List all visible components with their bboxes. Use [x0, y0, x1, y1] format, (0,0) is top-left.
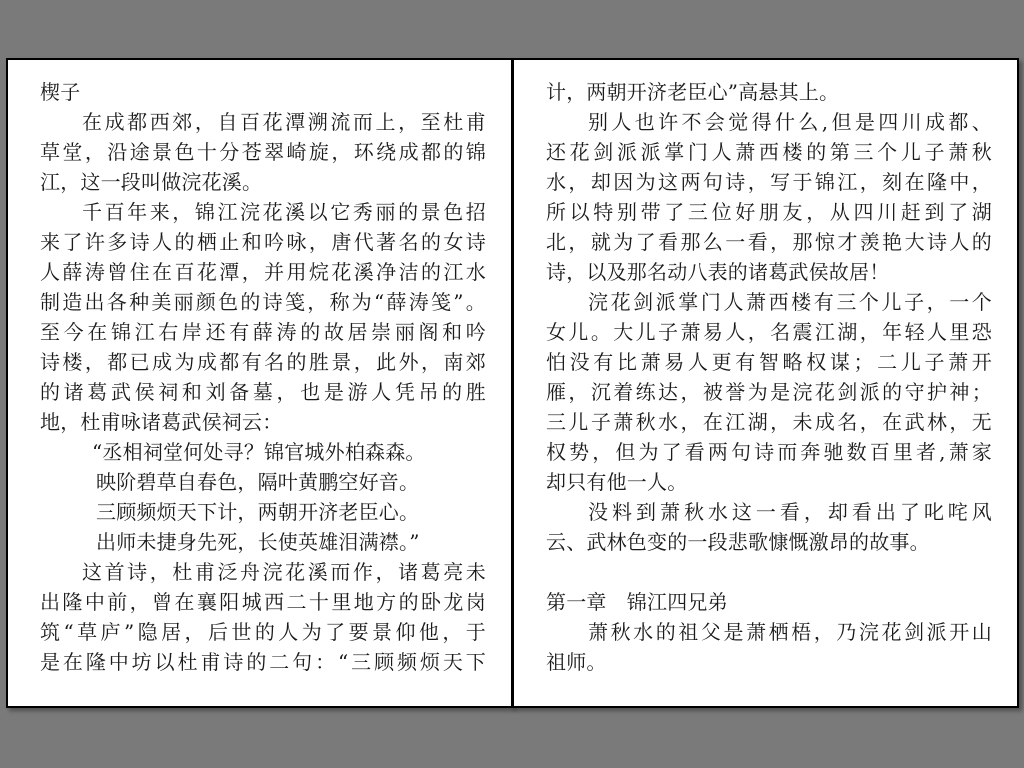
text-line: 计，两朝开济老臣心”高悬其上。: [546, 77, 992, 107]
text-line: 江，这一段叫做浣花溪。: [40, 167, 486, 197]
text-line: 北，就为了看那么一看，那惊才羡艳大诗人的: [546, 227, 992, 257]
text-line: 出隆中前，曾在襄阳城西二十里地方的卧龙岗: [40, 587, 486, 617]
text-line: 别人也许不会觉得什么,但是四川成都、: [546, 107, 992, 137]
text-line: 楔子: [40, 77, 486, 107]
poem-line: 出师未捷身先死，长使英雄泪满襟。”: [40, 527, 486, 557]
text-line: 千百年来，锦江浣花溪以它秀丽的景色招: [40, 197, 486, 227]
text-line: 萧秋水的祖父是萧栖梧，乃浣花剑派开山: [546, 617, 992, 647]
text-line: 这首诗，杜甫泛舟浣花溪而作，诸葛亮未: [40, 557, 486, 587]
left-page: 楔子 在成都西郊，自百花潭溯流而上，至杜甫 草堂，沿途景色十分苍翠崎旋，环绕成都…: [6, 58, 513, 708]
poem-line: “丞相祠堂何处寻？锦官城外柏森森。: [40, 437, 486, 467]
text-line: 至今在锦江右岸还有薛涛的故居崇丽阁和吟: [40, 317, 486, 347]
text-line: 却只有他一人。: [546, 467, 992, 497]
text-line: 诗楼，都已成为成都有名的胜景，此外，南郊: [40, 347, 486, 377]
right-page-text: 计，两朝开济老臣心”高悬其上。 别人也许不会觉得什么,但是四川成都、 还花剑派派…: [546, 77, 992, 677]
text-line: 没料到萧秋水这一看，却看出了叱咤风: [546, 497, 992, 527]
text-line: 祖师。: [546, 647, 992, 677]
right-page: 计，两朝开济老臣心”高悬其上。 别人也许不会觉得什么,但是四川成都、 还花剑派派…: [511, 58, 1019, 708]
text-line: 三儿子萧秋水，在江湖，未成名，在武林，无: [546, 407, 992, 437]
left-page-text: 楔子 在成都西郊，自百花潭溯流而上，至杜甫 草堂，沿途景色十分苍翠崎旋，环绕成都…: [40, 77, 486, 677]
text-line: 在成都西郊，自百花潭溯流而上，至杜甫: [40, 107, 486, 137]
chapter-heading: 第一章 锦江四兄弟: [546, 587, 992, 617]
text-line: 人薛涛曾住在百花潭，并用烷花溪净洁的江水: [40, 257, 486, 287]
text-line: 的诸葛武侯祠和刘备墓，也是游人凭吊的胜: [40, 377, 486, 407]
text-line: 所以特别带了三位好朋友，从四川赶到了湖: [546, 197, 992, 227]
text-line: 云、武林色变的一段悲歌慷慨激昂的故事。: [546, 527, 992, 557]
text-line: 诗，以及那名动八表的诸葛武侯故居！: [546, 257, 992, 287]
text-line: 是在隆中坊以杜甫诗的二句：“三顾频烦天下: [40, 647, 486, 677]
text-line: 水，却因为这两句诗，写于锦江，刻在隆中，: [546, 167, 992, 197]
text-line: 权势，但为了看两句诗而奔驰数百里者,萧家: [546, 437, 992, 467]
text-line: 来了许多诗人的栖止和吟咏，唐代著名的女诗: [40, 227, 486, 257]
text-line: 制造出各种美丽颜色的诗笺，称为“薛涛笺”。: [40, 287, 486, 317]
text-line: 雁，沉着练达，被誉为是浣花剑派的守护神；: [546, 377, 992, 407]
poem-line: 三顾频烦天下计，两朝开济老臣心。: [40, 497, 486, 527]
poem-line: 映阶碧草自春色，隔叶黄鹏空好音。: [40, 467, 486, 497]
text-line: 还花剑派派掌门人萧西楼的第三个儿子萧秋: [546, 137, 992, 167]
text-line: 女儿。大儿子萧易人，名震江湖，年轻人里恐: [546, 317, 992, 347]
blank-line: [546, 557, 992, 587]
text-line: 怕没有比萧易人更有智略权谋；二儿子萧开: [546, 347, 992, 377]
text-line: 筑“草庐”隐居，后世的人为了要景仰他，于: [40, 617, 486, 647]
text-line: 地，杜甫咏诸葛武侯祠云：: [40, 407, 486, 437]
text-line: 浣花剑派掌门人萧西楼有三个儿子，一个: [546, 287, 992, 317]
text-line: 草堂，沿途景色十分苍翠崎旋，环绕成都的锦: [40, 137, 486, 167]
